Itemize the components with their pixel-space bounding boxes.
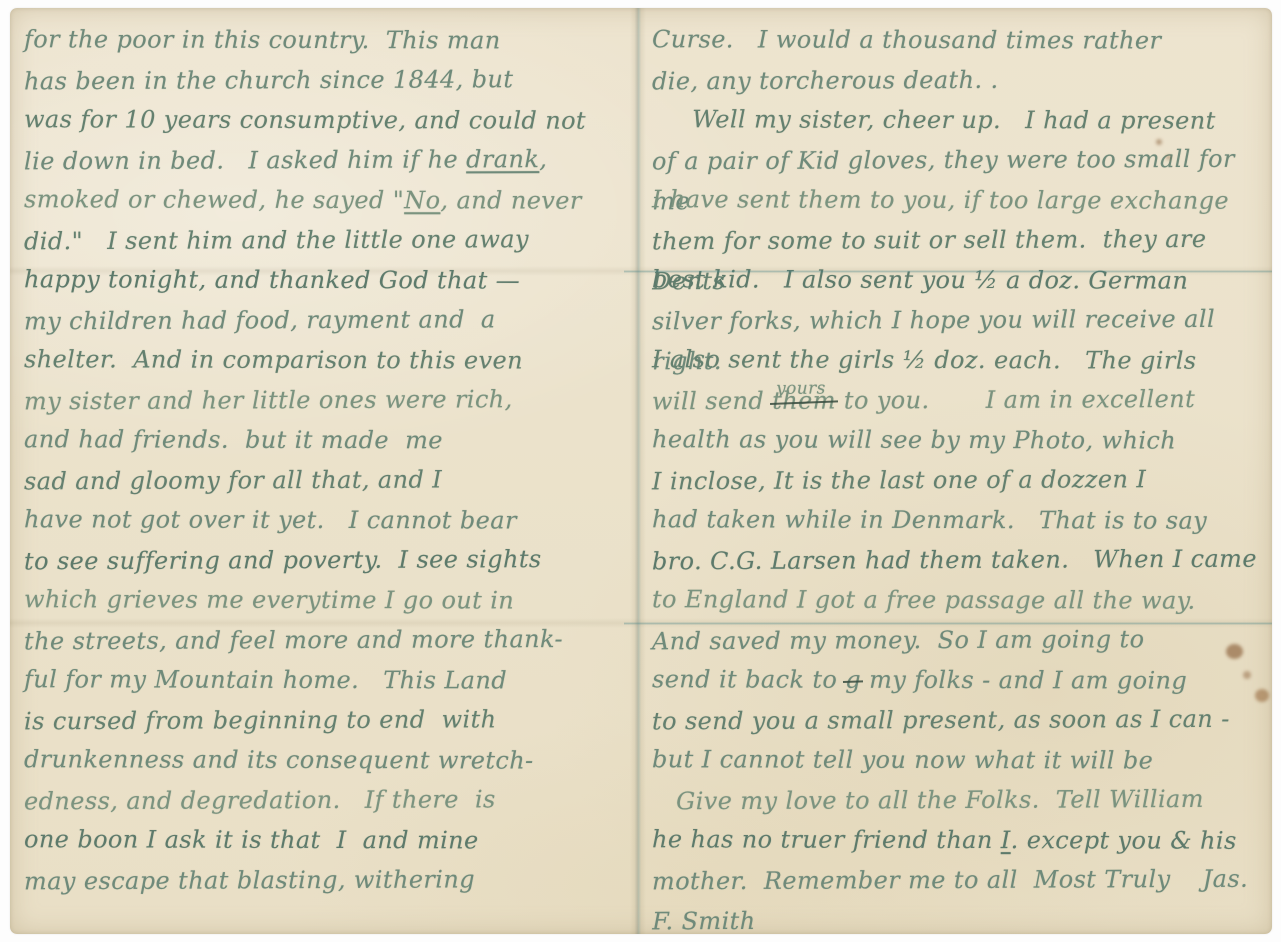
letter-line: but I cannot tell you now what it will b… [652,739,1260,781]
letter-line: was for 10 years consumptive, and could … [24,99,632,141]
letter-line: I also sent the girls ½ doz. each. The g… [652,339,1260,381]
fold-line-bottom [624,622,1272,625]
letter-page-left: for the poor in this country. This manha… [24,20,632,900]
letter-line: had taken while in Denmark. That is to s… [652,499,1260,541]
letter-line: for the poor in this country. This man [24,19,632,61]
letter-line: I have sent them to you, if too large ex… [652,179,1260,221]
letter-line: did." I sent him and the little one away [24,219,632,262]
letter-line: happy tonight, and thanked God that — [24,259,632,301]
letter-line: has been in the church since 1844, but [24,59,632,102]
letter-line: to England I got a free passage all the … [652,579,1260,621]
letter-line: have not got over it yet. I cannot bear [24,499,632,541]
letter-line: to see suffering and poverty. I see sigh… [24,539,632,582]
letter-line: I inclose, It is the last one of a dozze… [652,459,1260,502]
letter-line: Well my sister, cheer up. I had a presen… [652,99,1260,141]
letter-line: is cursed from beginning to end with [24,699,632,742]
letter-line: lie down in bed. I asked him if he drank… [24,139,632,182]
fold-line-top [624,270,1272,273]
center-fold [630,8,646,934]
letter-line: And saved my money. So I am going to [652,619,1260,662]
ink-stain [1255,689,1269,702]
ink-stain [1156,139,1162,145]
letter-line: he has no truer friend than I. except yo… [652,819,1260,861]
letter-line: which grieves me everytime I go out in [24,579,632,621]
letter-line: health as you will see by my Photo, whic… [652,419,1260,461]
letter-line: edness, and degredation. If there is [24,779,632,822]
letter-line: sad and gloomy for all that, and I [24,459,632,502]
letter-line: send it back to g my folks - and I am go… [652,659,1260,701]
letter-line: and had friends. but it made me [24,419,632,461]
letter-line: smoked or chewed, he sayed "No, and neve… [24,179,632,221]
letter-line: my sister and her little ones were rich, [24,379,632,422]
letter-line: may escape that blasting, withering [24,859,632,902]
letter-page-right: Curse. I would a thousand times ratherdi… [652,20,1260,900]
letter-line: one boon I ask it is that I and mine [24,819,632,861]
letter-line: silver forks, which I hope you will rece… [652,299,1260,342]
letter-line: the streets, and feel more and more than… [24,619,632,662]
letter-line: will send yoursthem to you. I am in exce… [652,379,1260,422]
letter-line: ful for my Mountain home. This Land [24,659,632,701]
letter-line: mother. Remember me to all Most Truly Ja… [652,859,1260,902]
letter-line: them for some to suit or sell them. they… [652,219,1260,262]
letter-line: my children had food, rayment and a [24,299,632,342]
letter-line: best kid. I also sent you ½ a doz. Germa… [652,259,1260,301]
letter-line: shelter. And in comparison to this even [24,339,632,381]
letter-line: of a pair of Kid gloves, they were too s… [652,139,1260,182]
letter-line: Curse. I would a thousand times rather [652,19,1260,61]
ink-stain [1226,644,1243,659]
letter-line: to send you a small present, as soon as … [652,699,1260,742]
letter-line: drunkenness and its consequent wretch- [24,739,632,781]
letter-line: die, any torcherous death. . [652,59,1260,102]
ink-stain [1166,155,1171,160]
letter-line: bro. C.G. Larsen had them taken. When I … [652,539,1260,582]
letter-line: Give my love to all the Folks. Tell Will… [652,779,1260,822]
letter-paper: for the poor in this country. This manha… [10,8,1272,934]
ink-stain [1243,671,1251,679]
